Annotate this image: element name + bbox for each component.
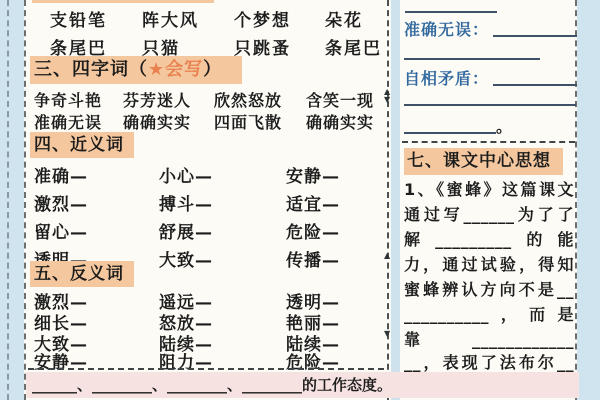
section-header-antonyms: 五、反义词 — [30, 261, 134, 287]
synonym-row: 留心— 舒展— 危险— — [34, 218, 385, 243]
paragraph-line: 通过写______为了了 — [404, 202, 574, 226]
synonym-row: 准确— 小心— 安静— — [34, 162, 385, 187]
synonym-item: 适宜— — [286, 190, 385, 215]
blank-line — [493, 35, 577, 37]
synonym-item: 大致— — [159, 246, 286, 271]
period-text: 。 — [496, 114, 512, 137]
four-char-word-row: 争奇斗艳 芬芳迷人 欣然怒放 含笑一现 — [34, 88, 385, 111]
four-char-word-row: 准确无误 确确实实 四面飞散 确确实实 — [34, 110, 385, 133]
definition-line: 自相矛盾： — [404, 66, 577, 89]
paragraph-line: 1、《蜜蜂》这篇课文 — [404, 177, 574, 201]
right-column: 准确无误： 自相矛盾： 。 七、课文中心思想 1、《蜜蜂》这篇课文 通过写___… — [402, 0, 577, 372]
synonym-item: 小心— — [159, 162, 286, 187]
four-char-word: 含笑一现 — [306, 88, 385, 111]
four-char-word: 四面飞散 — [214, 110, 306, 133]
section-title-text: ） — [203, 59, 222, 80]
synonym-item: 危险— — [286, 218, 385, 243]
blank-line — [404, 132, 496, 134]
four-char-word: 欣然怒放 — [214, 88, 306, 111]
four-char-word: 确确实实 — [123, 110, 214, 133]
section-title-text: 三、四字词（ — [34, 59, 148, 80]
paragraph-line: 力，通过试验，得知 — [404, 252, 574, 276]
dashed-separator-horizontal — [402, 141, 575, 143]
cutoff-header-sliver — [32, 0, 214, 3]
blank-line — [405, 11, 497, 13]
term-zixiangmaodun: 自相矛盾： — [404, 66, 489, 89]
definition-line: 准确无误： — [404, 17, 577, 40]
answer-strip: ______、________、________、________的工作态度。 — [26, 372, 579, 398]
divider-arrow-icon: ▼ — [384, 96, 390, 104]
star-huixie-badge: ★会写 — [148, 59, 203, 80]
measure-word-row: 支铅笔 阵大风 个梦想 朵花 — [50, 6, 385, 31]
answer-strip-text: ______、________、________、________的工作态度。 — [32, 376, 392, 394]
measure-word: 阵大风 — [142, 6, 234, 31]
measure-word: 个梦想 — [234, 6, 325, 31]
four-char-word: 争奇斗艳 — [34, 88, 123, 111]
synonym-item: 舒展— — [159, 218, 286, 243]
divider-arrow-icon: ▼ — [384, 330, 390, 338]
blank-line — [404, 58, 540, 60]
section-header-four-char-words: 三、四字词（★会写） — [30, 56, 242, 84]
divider-arrow-icon: ▲ — [384, 252, 390, 260]
measure-word: 条尾巴 — [325, 34, 385, 59]
blank-line — [493, 84, 577, 86]
paragraph-line: __________，而是 — [404, 302, 574, 326]
four-char-word: 准确无误 — [34, 110, 123, 133]
left-column: 支铅笔 阵大风 个梦想 朵花 条尾巴 只猫 只跳蚤 条尾巴 三、四字词（★会写）… — [26, 0, 387, 372]
measure-word: 只跳蚤 — [234, 34, 325, 59]
synonym-item: 传播— — [286, 246, 385, 271]
term-zhunquewuwu: 准确无误： — [404, 17, 489, 40]
outer-dashed-frame — [7, 0, 9, 400]
definition-end-line: 。 — [404, 114, 512, 137]
dashed-separator-horizontal — [28, 368, 384, 370]
blank-line — [404, 104, 576, 106]
synonym-item: 留心— — [34, 218, 159, 243]
four-char-word: 芬芳迷人 — [123, 88, 214, 111]
synonym-row: 激烈— 搏斗— 适宜— — [34, 190, 385, 215]
worksheet-card: 支铅笔 阵大风 个梦想 朵花 条尾巴 只猫 只跳蚤 条尾巴 三、四字词（★会写）… — [24, 0, 577, 400]
paragraph-line: 靠____________ — [404, 327, 574, 351]
section-header-synonyms: 四、近义词 — [30, 132, 134, 158]
synonym-item: 搏斗— — [159, 190, 286, 215]
four-char-word: 确确实实 — [306, 110, 385, 133]
measure-word: 朵花 — [325, 6, 385, 31]
synonym-item: 激烈— — [34, 190, 159, 215]
paragraph-line: 蜜蜂辨认方向不是__ — [404, 277, 574, 301]
measure-word: 支铅笔 — [50, 6, 142, 31]
worksheet-page: { "colors": { "page_background": "#cfe4e… — [0, 0, 600, 400]
divider-blue-strip — [391, 0, 400, 400]
section-header-central-idea: 七、课文中心思想 — [404, 148, 563, 175]
dashed-divider-vertical: ▲ ▼ ▲ ▼ — [387, 0, 389, 400]
paragraph-line: __，表现了法布尔__ — [404, 350, 574, 374]
synonym-item: 准确— — [34, 162, 159, 187]
paragraph-line: 解_________的能 — [404, 227, 574, 251]
synonym-item: 安静— — [286, 162, 385, 187]
